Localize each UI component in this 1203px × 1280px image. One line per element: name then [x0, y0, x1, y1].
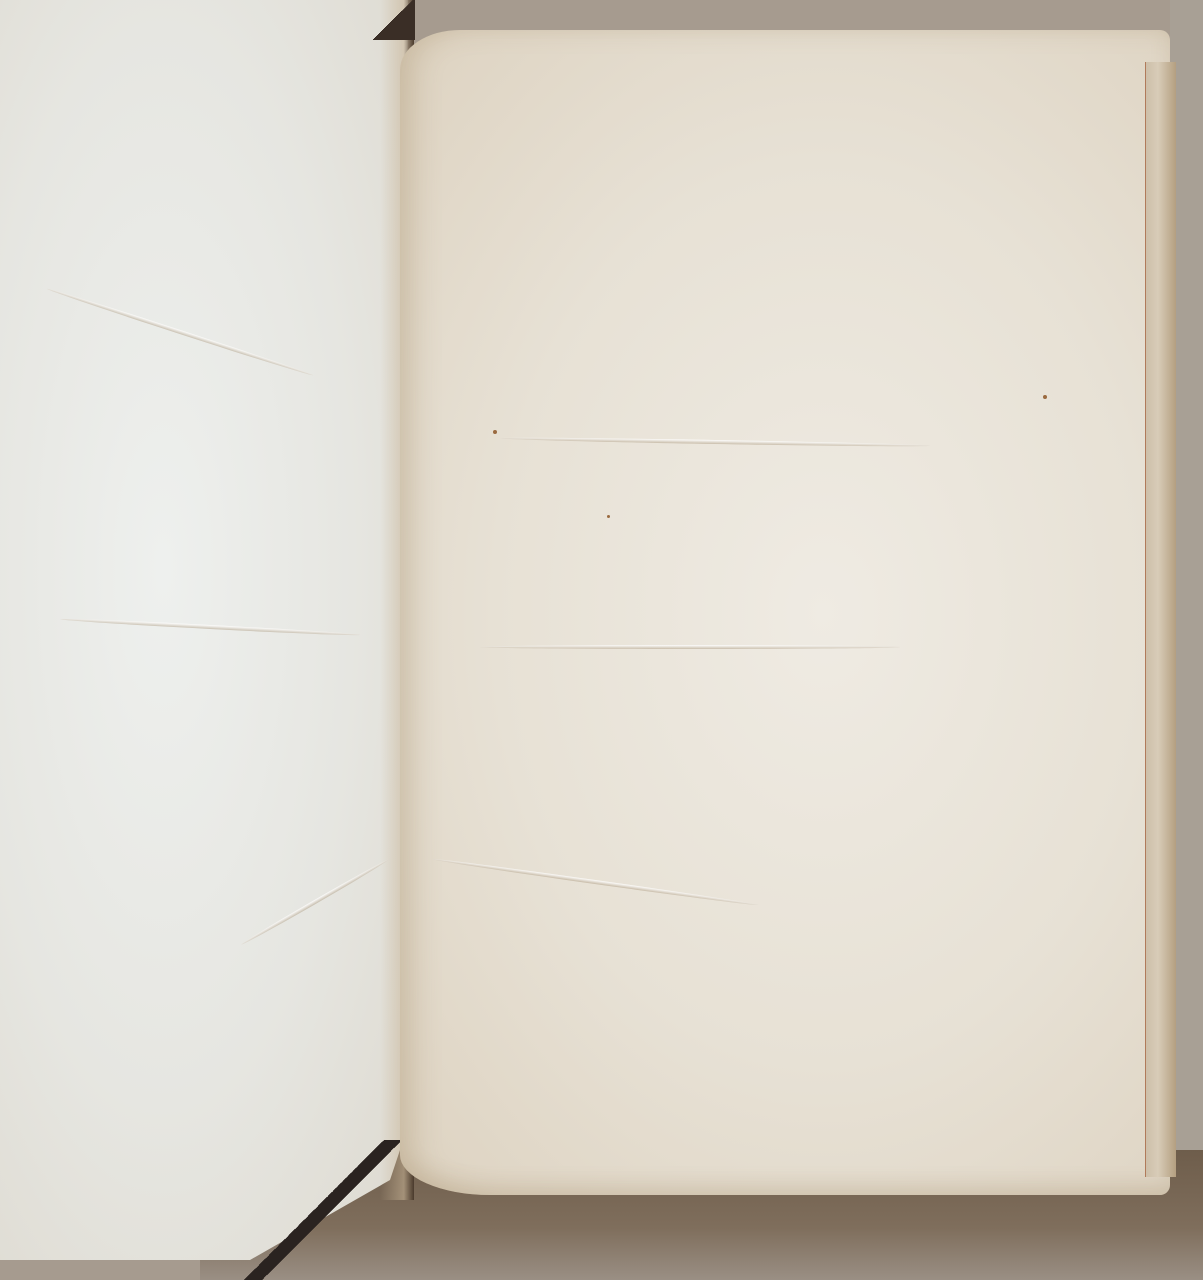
foxing-spot — [493, 430, 497, 434]
foxing-spot — [1043, 395, 1047, 399]
page-fore-edge — [1145, 62, 1176, 1177]
right-endpaper — [400, 30, 1170, 1195]
binding-board-top — [370, 0, 415, 40]
foxing-spot — [607, 515, 610, 518]
left-endpaper — [0, 0, 408, 1260]
right-page-crease — [480, 645, 900, 649]
binding-board-bottom — [240, 1140, 400, 1280]
